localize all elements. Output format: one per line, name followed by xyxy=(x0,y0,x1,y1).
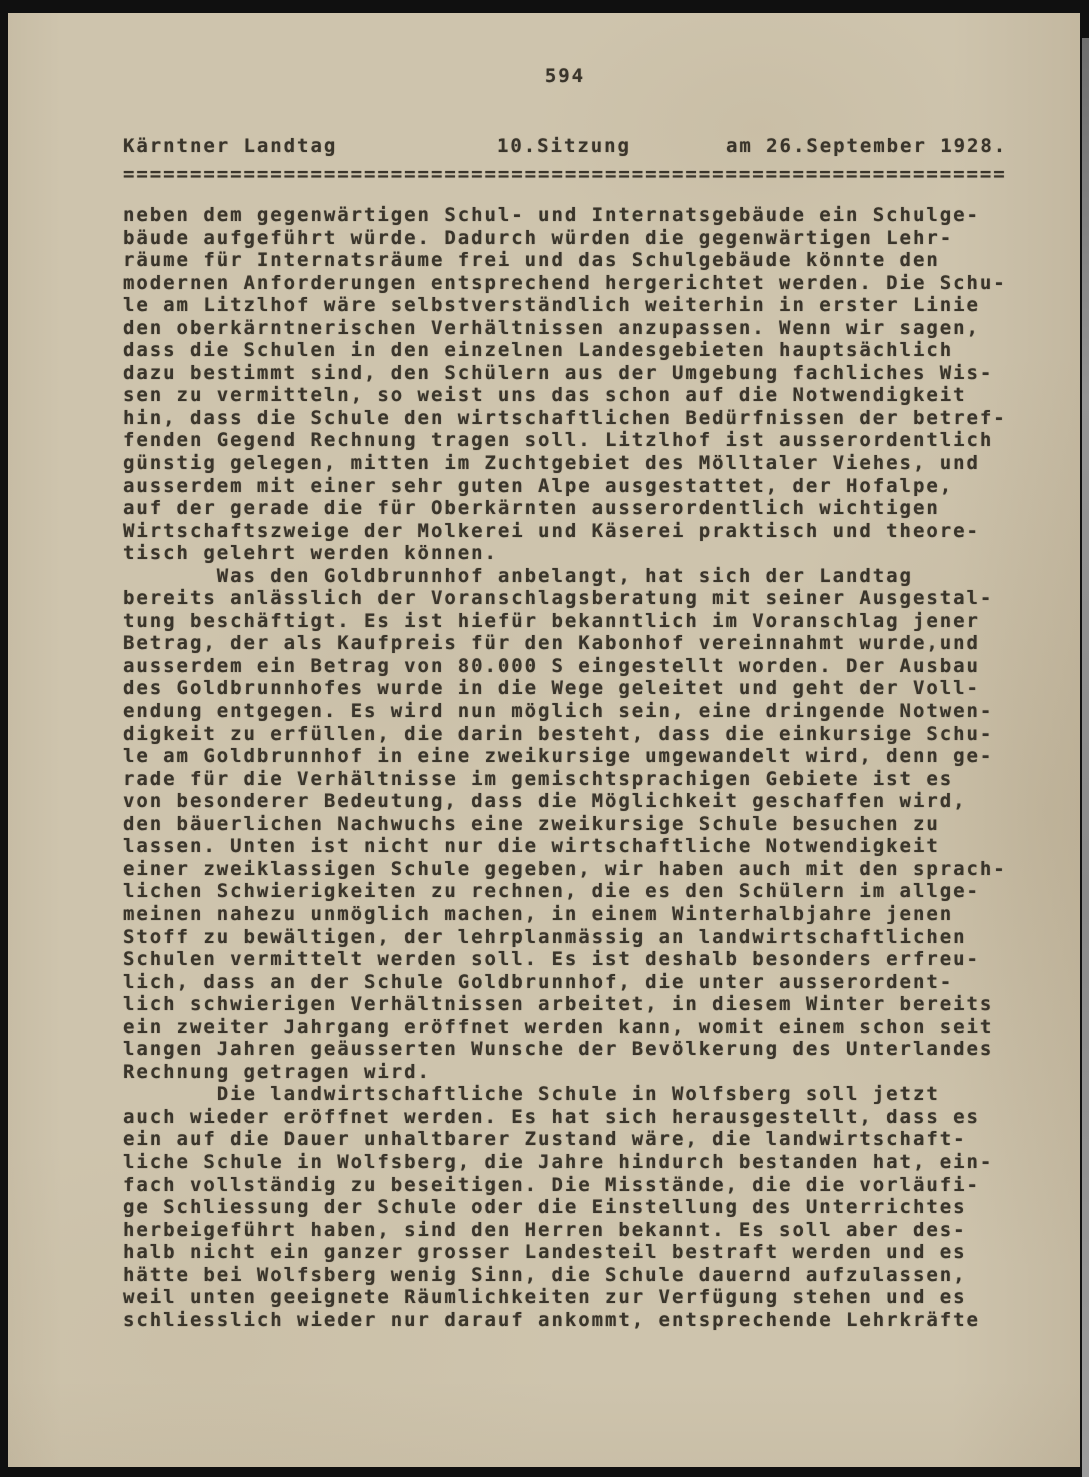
paragraph-wolfsberg: Die landwirtschaftliche Schule in Wolfsb… xyxy=(123,1083,1023,1331)
body-text: neben dem gegenwärtigen Schul- und Inter… xyxy=(123,204,1023,1331)
header-session-number: 10.Sitzung xyxy=(497,135,631,158)
document-page: 594 Kärntner Landtag 10.Sitzung am 26.Se… xyxy=(8,13,1080,1467)
paragraph-litzlhof: neben dem gegenwärtigen Schul- und Inter… xyxy=(123,204,1023,565)
scan-background: 594 Kärntner Landtag 10.Sitzung am 26.Se… xyxy=(0,0,1089,1477)
header-parliament-title: Kärntner Landtag xyxy=(123,135,337,158)
scanner-edge xyxy=(1082,38,1089,1477)
paragraph-goldbrunnhof: Was den Goldbrunnhof anbelangt, hat sich… xyxy=(123,565,1023,1084)
header-session-date: am 26.September 1928. xyxy=(726,135,1007,158)
session-header: Kärntner Landtag 10.Sitzung am 26.Septem… xyxy=(8,135,1080,159)
header-separator-line: ========================================… xyxy=(123,163,1023,186)
page-number: 594 xyxy=(123,65,1007,88)
